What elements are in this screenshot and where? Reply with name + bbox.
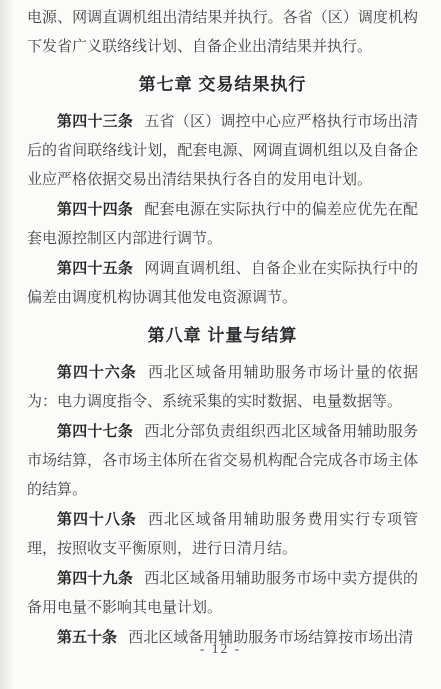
- paragraph-text: 电源、网调直调机组出清结果并执行。各省（区）调度机构下发省广义联络线计划、自备企…: [27, 10, 418, 55]
- article-number-label: 第四十八条: [57, 511, 137, 528]
- article-paragraph: 第四十六条西北区域备用辅助服务市场计量的依据为：电力调度指令、系统采集的实时数据…: [27, 358, 418, 417]
- article-number-label: 第四十九条: [57, 570, 133, 587]
- article-paragraph: 第四十八条西北区域备用辅助服务费用实行专项管理，按照收支平衡原则，进行日清月结。: [27, 505, 418, 564]
- document-page: 电源、网调直调机组出清结果并执行。各省（区）调度机构下发省广义联络线计划、自备企…: [0, 0, 441, 689]
- article-number-label: 第四十四条: [57, 201, 133, 218]
- article-number-label: 第四十三条: [57, 113, 133, 130]
- article-paragraph: 第四十七条西北分部负责组织西北区域备用辅助服务市场结算，各市场主体所在省交易机构…: [27, 417, 418, 505]
- article-paragraph: 第四十五条网调直调机组、自备企业在实际执行中的偏差由调度机构协调其他发电资源调节…: [27, 254, 418, 313]
- chapter-heading: 第八章 计量与结算: [27, 321, 418, 350]
- chapter-heading: 第七章 交易结果执行: [27, 70, 418, 99]
- page-number: - 12 -: [0, 641, 441, 657]
- article-number-label: 第四十六条: [57, 364, 137, 381]
- article-number-label: 第四十五条: [57, 260, 133, 277]
- document-body: 电源、网调直调机组出清结果并执行。各省（区）调度机构下发省广义联络线计划、自备企…: [27, 4, 418, 653]
- article-paragraph: 第四十四条配套电源在实际执行中的偏差应优先在配套电源控制区内部进行调节。: [27, 195, 418, 254]
- article-paragraph: 第四十三条五省（区）调控中心应严格执行市场出清后的省间联络线计划，配套电源、网调…: [27, 107, 418, 195]
- article-number-label: 第四十七条: [57, 423, 133, 440]
- article-paragraph: 第四十九条西北区域备用辅助服务市场中卖方提供的备用电量不影响其电量计划。: [27, 564, 418, 623]
- continuation-paragraph: 电源、网调直调机组出清结果并执行。各省（区）调度机构下发省广义联络线计划、自备企…: [27, 4, 418, 62]
